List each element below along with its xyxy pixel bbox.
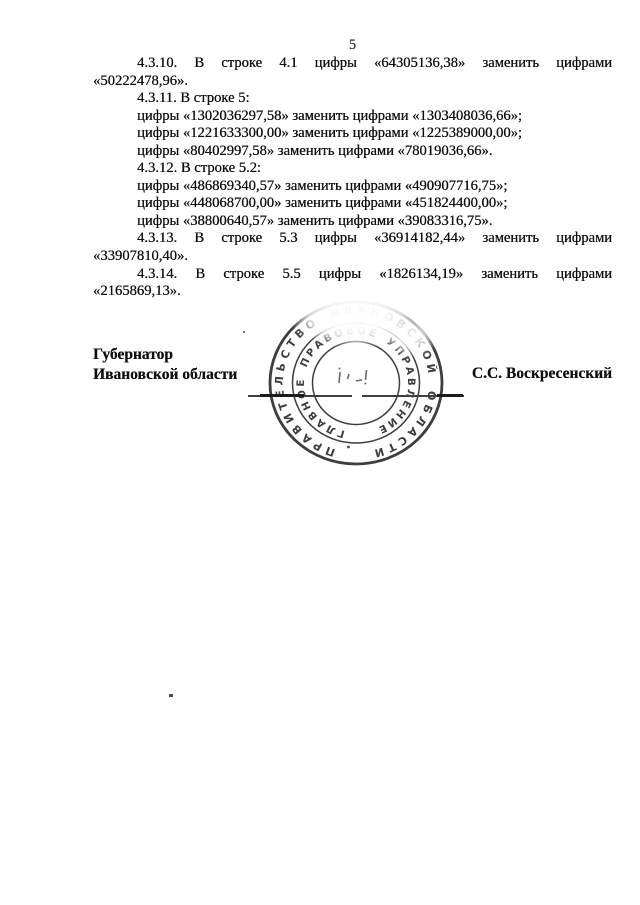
text-line: цифры «1302036297,58» заменить цифрами «…	[93, 108, 612, 126]
signatory-name: С.С. Воскресенский	[472, 365, 612, 383]
signature-stroke-left-heavy	[260, 394, 304, 397]
text-line: цифры «448068700,00» заменить цифрами «4…	[93, 195, 612, 213]
signature-stroke-right-heavy	[437, 394, 463, 397]
text-line: «50222478,96».	[93, 73, 612, 91]
stamp-separator-dot	[347, 446, 350, 449]
scan-speck	[169, 694, 173, 697]
text-line: 4.3.10. В строке 4.1 цифры «64305136,38»…	[93, 55, 612, 73]
signatory-title-line1: Губернатор	[93, 345, 237, 365]
stamp-center-ink-marks	[339, 368, 367, 385]
page-number: 5	[93, 37, 612, 54]
text-line: 4.3.13. В строке 5.3 цифры «36914182,44»…	[93, 230, 612, 248]
official-stamp: ПРАВИТЕЛЬСТВО ИВАНОВСКОЙ ОБЛАСТИ ГЛАВНОЕ…	[240, 270, 480, 500]
text-line: цифры «38800640,57» заменить цифрами «39…	[93, 213, 612, 231]
signatory-title-line2: Ивановской области	[93, 365, 237, 385]
text-line: цифры «80402997,58» заменить цифрами «78…	[93, 143, 612, 161]
signatory-title: Губернатор Ивановской области	[93, 345, 237, 384]
stamp-inner-ring	[313, 342, 400, 425]
scan-speck	[243, 331, 245, 333]
text-line: 4.3.12. В строке 5.2:	[93, 160, 612, 178]
document-body: 4.3.10. В строке 4.1 цифры «64305136,38»…	[93, 55, 612, 301]
text-line: цифры «1221633300,00» заменить цифрами «…	[93, 125, 612, 143]
text-line: 4.3.11. В строке 5:	[93, 90, 612, 108]
stamp-seal-graphic: ПРАВИТЕЛЬСТВО ИВАНОВСКОЙ ОБЛАСТИ ГЛАВНОЕ…	[240, 270, 480, 500]
text-line: «33907810,40».	[93, 248, 612, 266]
text-line: цифры «486869340,57» заменить цифрами «4…	[93, 178, 612, 196]
